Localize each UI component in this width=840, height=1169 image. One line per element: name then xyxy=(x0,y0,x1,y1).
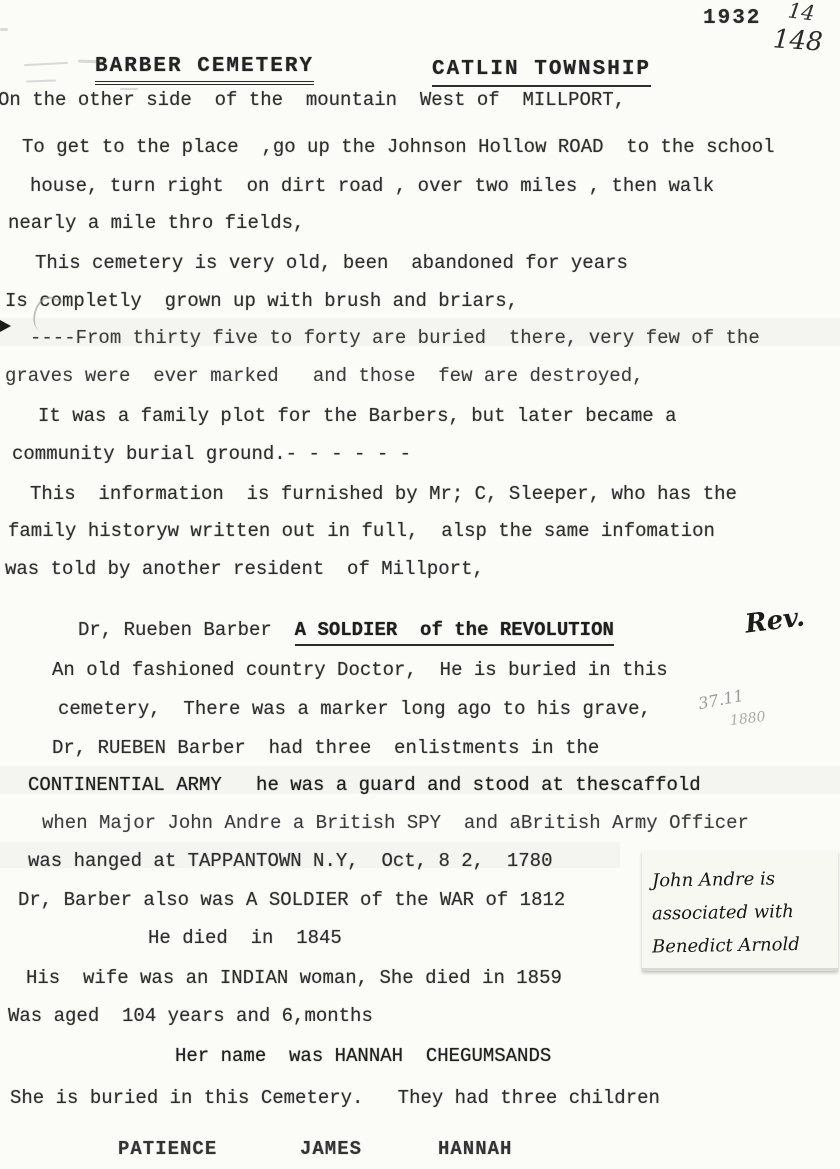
note-line: Benedict Arnold xyxy=(652,927,831,963)
text-line: He died in 1845 xyxy=(148,926,342,950)
text-line: To get to the place ,go up the Johnson H… xyxy=(22,135,775,159)
text-line: graves were ever marked and those few ar… xyxy=(5,364,644,388)
text-line: Is completly grown up with brush and bri… xyxy=(5,289,518,313)
child-name-patience: PATIENCE xyxy=(118,1138,217,1160)
text-line: community burial ground.- - - - - - xyxy=(12,442,411,466)
handwritten-margin-scribble: 1880 xyxy=(729,709,766,729)
handwritten-margin-scribble: 37.11 xyxy=(697,686,746,713)
text-line: This cemetery is very old, been abandone… xyxy=(35,251,628,275)
scan-smudge xyxy=(24,62,68,66)
text-line: when Major John Andre a British SPY and … xyxy=(42,811,749,835)
scan-smudge xyxy=(0,28,8,31)
text-line: An old fashioned country Doctor, He is b… xyxy=(52,658,668,682)
margin-arrow-mark xyxy=(0,320,11,332)
soldier-heading-underlined: A SOLDIER of the REVOLUTION xyxy=(295,619,614,646)
handwritten-page-number-top: 14 xyxy=(786,0,816,26)
text-line: Dr, Barber also was A SOLDIER of the WAR… xyxy=(18,888,565,912)
note-line: associated with xyxy=(652,894,831,930)
text-line: She is buried in this Cemetery. They had… xyxy=(10,1086,660,1110)
child-name-hannah: HANNAH xyxy=(438,1138,512,1160)
text-line: was hanged at TAPPANTOWN N.Y, Oct, 8 2, … xyxy=(28,849,553,873)
soldier-heading-prefix: Dr, Rueben Barber xyxy=(78,619,295,641)
handwritten-page-number-bottom: 148 xyxy=(772,24,824,57)
text-line: Her name was HANNAH CHEGUMSANDS xyxy=(175,1044,551,1068)
title-catlin-township: CATLIN TOWNSHIP xyxy=(432,58,651,87)
text-line: It was a family plot for the Barbers, bu… xyxy=(38,404,677,428)
text-line: family historyw written out in full, als… xyxy=(8,519,715,543)
handwritten-note-card: John Andre is associated with Benedict A… xyxy=(642,851,838,971)
text-line: cemetery, There was a marker long ago to… xyxy=(58,697,651,721)
note-line: John Andre is xyxy=(652,861,831,897)
scan-smudge xyxy=(26,79,56,82)
scanned-document-page: 1932 14 148 BARBER CEMETERY CATLIN TOWNS… xyxy=(0,0,840,1169)
text-line: house, turn right on dirt road , over tw… xyxy=(30,174,714,198)
child-name-james: JAMES xyxy=(300,1138,362,1160)
title-barber-cemetery: BARBER CEMETERY xyxy=(95,55,314,85)
text-line: Was aged 104 years and 6,months xyxy=(8,1004,373,1028)
handwritten-rev-annotation: Rev. xyxy=(743,602,806,639)
text-line: On the other side of the mountain West o… xyxy=(0,88,625,112)
text-line: ----From thirty five to forty are buried… xyxy=(30,326,760,350)
text-line: Dr, RUEBEN Barber had three enlistments … xyxy=(52,736,599,760)
soldier-heading-line: Dr, Rueben Barber A SOLDIER of the REVOL… xyxy=(78,618,614,642)
text-line: nearly a mile thro fields, xyxy=(8,211,304,235)
text-line: This information is furnished by Mr; C, … xyxy=(30,482,737,506)
text-line: was told by another resident of Millport… xyxy=(5,557,484,581)
text-line: CONTINENTIAL ARMY he was a guard and sto… xyxy=(28,773,701,797)
typed-year: 1932 xyxy=(703,7,761,30)
text-line: His wife was an INDIAN woman, She died i… xyxy=(26,966,562,990)
